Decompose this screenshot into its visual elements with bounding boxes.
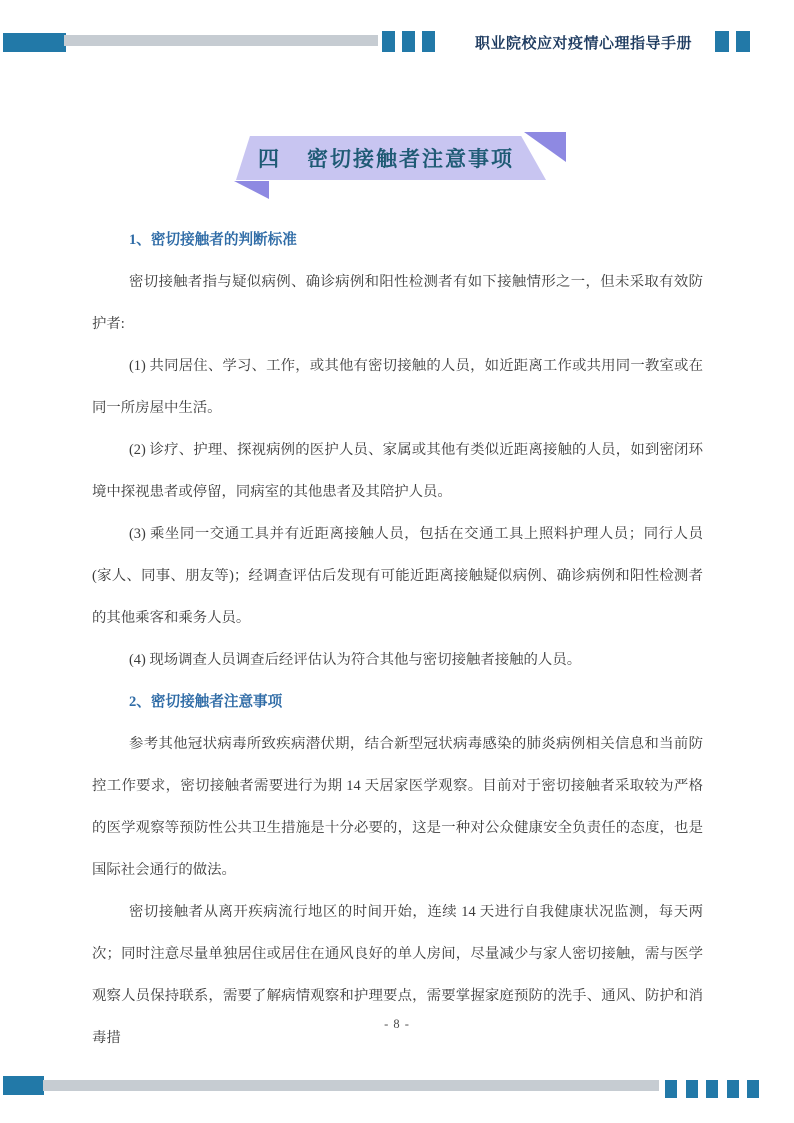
page-number: - 8 - xyxy=(0,1017,794,1032)
header-rule-bar xyxy=(64,35,378,46)
header-accent-bar xyxy=(382,31,395,52)
header-accent-bar xyxy=(715,31,729,52)
document-page: 职业院校应对疫情心理指导手册 四 密切接触者注意事项 1、密切接触者的判断标准 … xyxy=(0,0,794,1123)
footer-rule-bar xyxy=(43,1080,659,1091)
footer-accent-bar xyxy=(686,1080,698,1098)
section-2-heading: 2、密切接触者注意事项 xyxy=(92,681,703,723)
header-accent-bar xyxy=(736,31,750,52)
page-content: 1、密切接触者的判断标准 密切接触者指与疑似病例、确诊病例和阳性检测者有如下接触… xyxy=(92,219,703,1059)
footer-accent-bar xyxy=(727,1080,739,1098)
section-1-heading: 1、密切接触者的判断标准 xyxy=(92,219,703,261)
header-accent-bar xyxy=(422,31,435,52)
paragraph: 参考其他冠状病毒所致疾病潜伏期，结合新型冠状病毒感染的肺炎病例相关信息和当前防控… xyxy=(92,723,703,891)
footer-left-accent-block xyxy=(3,1076,44,1095)
chapter-title: 四 密切接触者注意事项 xyxy=(236,136,536,180)
list-item-2: (2) 诊疗、护理、探视病例的医护人员、家属或其他有类似近距离接触的人员，如到密… xyxy=(92,429,703,513)
header-accent-bar xyxy=(402,31,415,52)
footer-accent-bar xyxy=(665,1080,677,1098)
list-item-4: (4) 现场调查人员调查后经评估认为符合其他与密切接触者接触的人员。 xyxy=(92,639,703,681)
chapter-title-text: 密切接触者注意事项 xyxy=(307,143,514,173)
document-title: 职业院校应对疫情心理指导手册 xyxy=(475,33,692,54)
chapter-number: 四 xyxy=(258,143,281,173)
list-item-1: (1) 共同居住、学习、工作，或其他有密切接触的人员，如近距离工作或共用同一教室… xyxy=(92,345,703,429)
paragraph: 密切接触者指与疑似病例、确诊病例和阳性检测者有如下接触情形之一，但未采取有效防护… xyxy=(92,261,703,345)
header-left-accent-block xyxy=(3,33,66,52)
paragraph: 密切接触者从离开疾病流行地区的时间开始，连续 14 天进行自我健康状况监测，每天… xyxy=(92,891,703,1059)
ribbon-fold-bottom-left xyxy=(234,181,269,199)
list-item-3: (3) 乘坐同一交通工具并有近距离接触人员，包括在交通工具上照料护理人员；同行人… xyxy=(92,513,703,639)
footer-accent-bar xyxy=(706,1080,718,1098)
footer-accent-bar xyxy=(747,1080,759,1098)
